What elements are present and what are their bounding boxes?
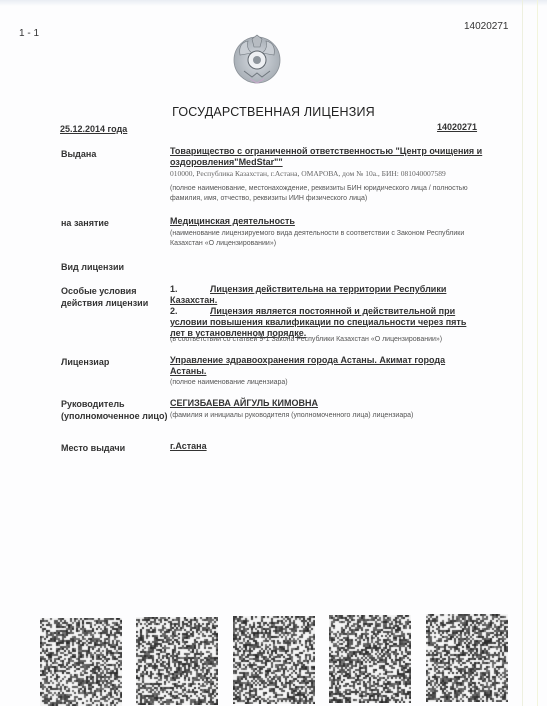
2d-barcode-icon <box>426 614 508 702</box>
issued-to-label: Выдана <box>61 148 96 160</box>
document-code: 14020271 <box>464 21 509 32</box>
special-conditions-label: Особые условия действия лицензии <box>61 285 148 309</box>
special-conditions-label-line1: Особые условия <box>61 285 148 297</box>
head-value: СЕГИЗБАЕВА АЙГУЛЬ КИМОВНА <box>170 398 490 409</box>
condition-number: 2. <box>170 306 210 317</box>
licensor-hint: (полное наименование лицензиара) <box>170 378 490 388</box>
license-number: 14020271 <box>437 122 477 132</box>
head-hint: (фамилия и инициалы руководителя (уполно… <box>170 411 510 421</box>
licensor-value: Управление здравоохранения города Астаны… <box>170 355 460 377</box>
issued-to-hint: (полное наименование, местонахождение, р… <box>170 184 490 204</box>
head-label: Руководитель (уполномоченное лицо) <box>61 398 167 422</box>
scanned-license-page: 1 - 1 14020271 ГОСУДАРСТВЕННАЯ ЛИЦЕНЗИЯ … <box>0 0 547 706</box>
condition-text: Лицензия действительна на территории Рес… <box>170 284 446 305</box>
2d-barcode-icon <box>136 617 218 705</box>
activity-hint: (наименование лицензируемого вида деятел… <box>170 229 490 249</box>
licensor-label: Лицензиар <box>61 356 109 368</box>
place-label: Место выдачи <box>61 442 125 454</box>
condition-text: Лицензия является постоянной и действите… <box>170 306 466 338</box>
head-label-line2: (уполномоченное лицо) <box>61 410 167 422</box>
place-value: г.Астана <box>170 441 490 452</box>
2d-barcode-icon <box>40 618 122 706</box>
special-conditions-list: 1.Лицензия действительна на территории Р… <box>170 284 470 339</box>
head-label-line1: Руководитель <box>61 398 167 410</box>
2d-barcode-icon <box>233 616 315 704</box>
special-conditions-hint: (в соответствии со статьей 9-1 Закона Ре… <box>170 335 500 345</box>
license-type-label: Вид лицензии <box>61 261 124 273</box>
condition-item: 1.Лицензия действительна на территории Р… <box>170 284 470 306</box>
page-number: 1 - 1 <box>19 28 39 39</box>
document-title: ГОСУДАРСТВЕННАЯ ЛИЦЕНЗИЯ <box>0 105 547 119</box>
condition-number: 1. <box>170 284 210 295</box>
kazakhstan-state-emblem-icon <box>232 33 282 85</box>
barcode-strip <box>0 614 547 706</box>
issued-to-value: Товарищество с ограниченной ответственно… <box>170 146 490 168</box>
activity-label: на занятие <box>61 217 109 229</box>
special-conditions-label-line2: действия лицензии <box>61 297 148 309</box>
2d-barcode-icon <box>329 615 411 703</box>
scan-edge <box>0 0 547 6</box>
issued-to-address: 010000, Республика Казахстан, г.Астана, … <box>170 169 446 178</box>
issue-date: 25.12.2014 года <box>60 124 127 134</box>
activity-value: Медицинская деятельность <box>170 216 490 227</box>
